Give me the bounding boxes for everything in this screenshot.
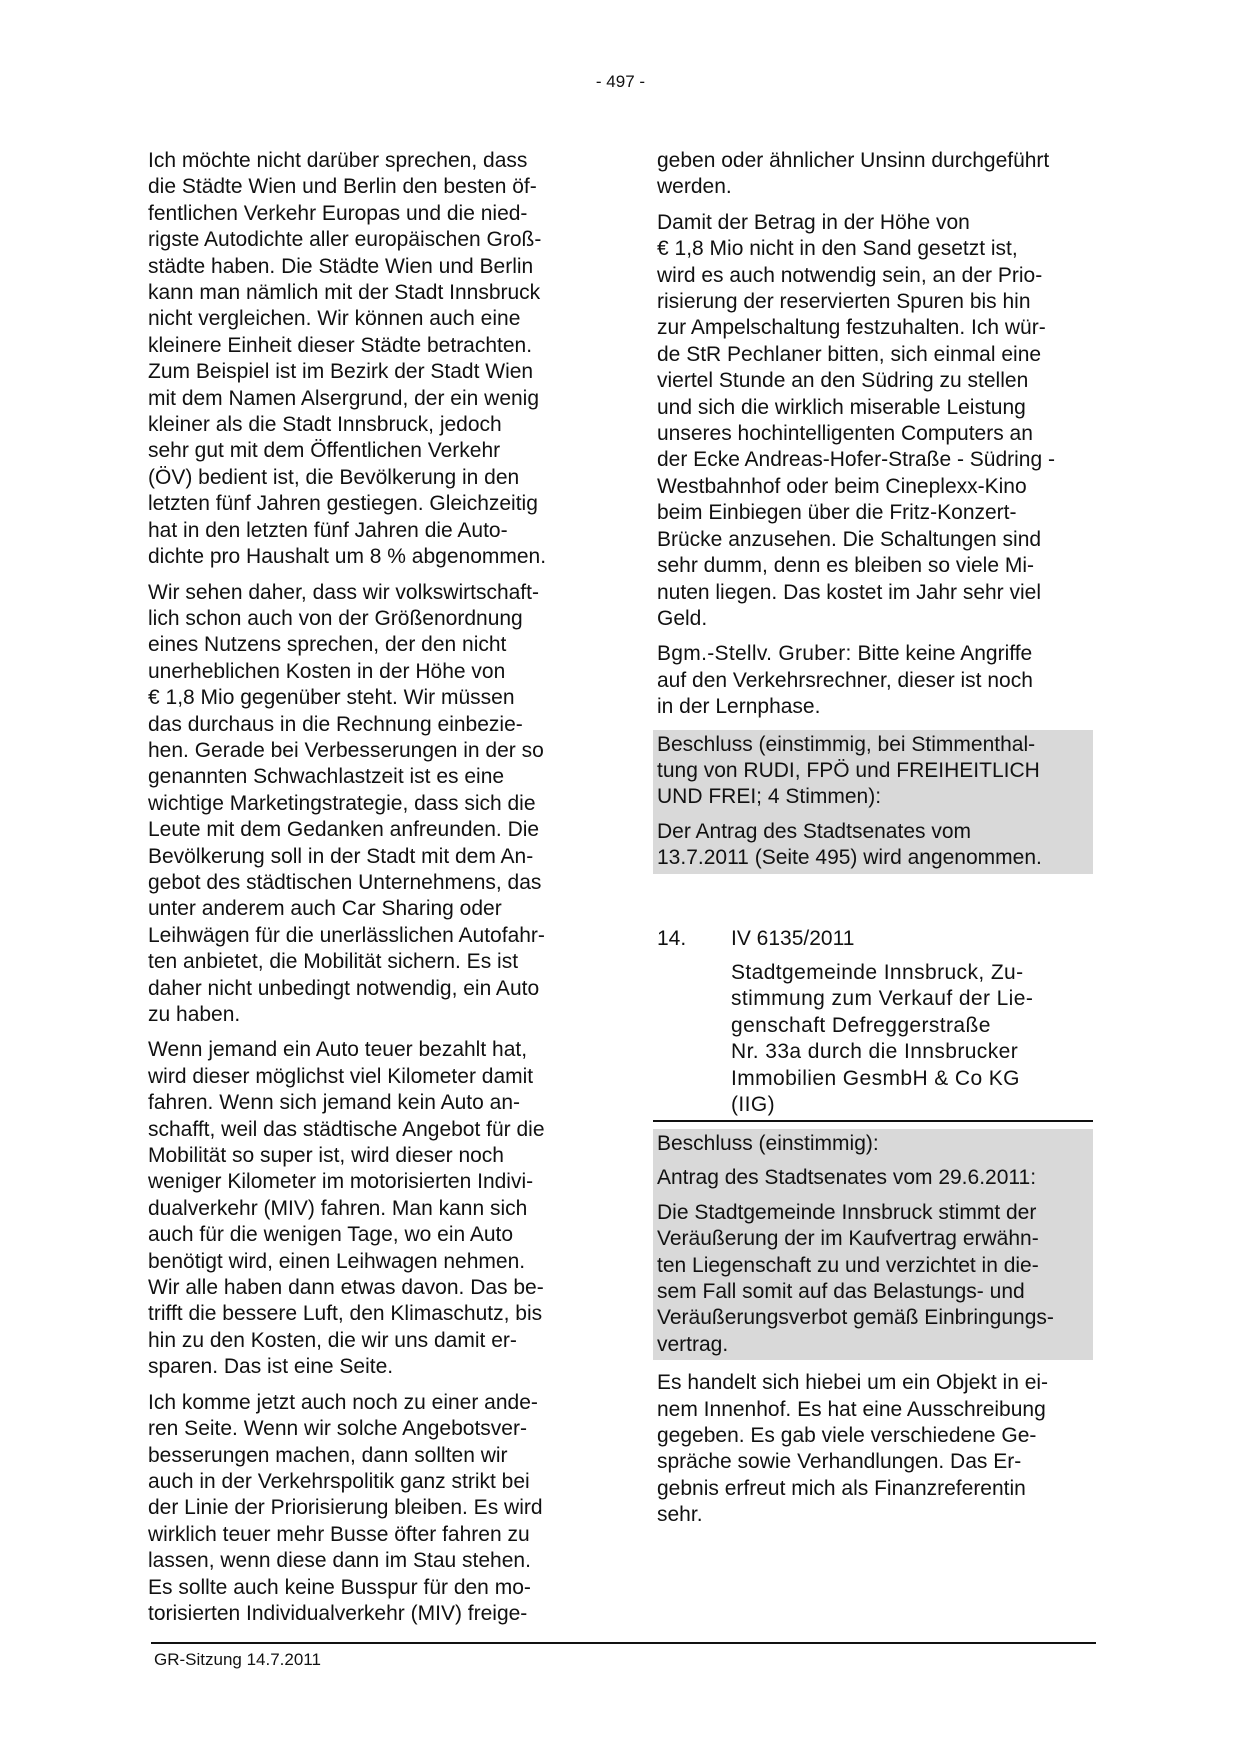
text-line: städte haben. Die Städte Wien und Berlin	[148, 254, 588, 280]
text-line: Mobilität so super ist, wird dieser noch	[148, 1143, 588, 1169]
text-line: Bevölkerung soll in der Stadt mit dem An…	[148, 844, 588, 870]
text-line: vertrag.	[657, 1332, 1093, 1358]
text-line: kleiner als die Stadt Innsbruck, jedoch	[148, 412, 588, 438]
text-line: Wir sehen daher, dass wir volkswirtschaf…	[148, 580, 588, 606]
text-line: ten anbietet, die Mobilität sichern. Es …	[148, 949, 588, 975]
text-line: sem Fall somit auf das Belastungs- und	[657, 1279, 1093, 1305]
text-line: mit dem Namen Alsergrund, der ein wenig	[148, 386, 588, 412]
text-line: beim Einbiegen über die Fritz-Konzert-	[657, 500, 1097, 526]
text-line: genschaft Defreggerstraße	[731, 1013, 1097, 1039]
paragraph: Es handelt sich hiebei um ein Objekt in …	[657, 1370, 1097, 1528]
text-line: nicht vergleichen. Wir können auch eine	[148, 306, 588, 332]
resolution-vote: Beschluss (einstimmig, bei Stimmenthal-t…	[657, 732, 1093, 811]
text-line: Die Stadtgemeinde Innsbruck stimmt der	[657, 1200, 1093, 1226]
text-line: Veräußerungsverbot gemäß Einbringungs-	[657, 1305, 1093, 1331]
text-line: fentlichen Verkehr Europas und die nied-	[148, 201, 588, 227]
text-line: sparen. Das ist eine Seite.	[148, 1354, 588, 1380]
text-line: ten Liegenschaft zu und verzichtet in di…	[657, 1253, 1093, 1279]
text-line: besserungen machen, dann sollten wir	[148, 1443, 588, 1469]
text-line: Wir alle haben dann etwas davon. Das be-	[148, 1275, 588, 1301]
resolution-text: Der Antrag des Stadtsenates vom13.7.2011…	[657, 819, 1093, 872]
text-line: rigste Autodichte aller europäischen Gro…	[148, 227, 588, 253]
text-line: nuten liegen. Das kostet im Jahr sehr vi…	[657, 580, 1097, 606]
text-line: sehr.	[657, 1502, 1097, 1528]
text-line: gegeben. Es gab viele verschiedene Ge-	[657, 1423, 1097, 1449]
text-line: tung von RUDI, FPÖ und FREIHEITLICH	[657, 758, 1093, 784]
text-line: zu haben.	[148, 1002, 588, 1028]
text-line: unerheblichen Kosten in der Höhe von	[148, 659, 588, 685]
text-line: € 1,8 Mio gegenüber steht. Wir müssen	[148, 685, 588, 711]
text-line: werden.	[657, 174, 1097, 200]
text-line: Antrag des Stadtsenates vom 29.6.2011:	[657, 1165, 1093, 1191]
text-line: torisierten Individualverkehr (MIV) frei…	[148, 1601, 588, 1627]
text-line: der Linie der Priorisierung bleiben. Es …	[148, 1495, 588, 1521]
text-line: de StR Pechlaner bitten, sich einmal ein…	[657, 342, 1097, 368]
text-line: auch für die wenigen Tage, wo ein Auto	[148, 1222, 588, 1248]
agenda-number: 14.	[657, 926, 731, 952]
text-line: ren Seite. Wenn wir solche Angebotsver-	[148, 1416, 588, 1442]
text-line: sehr gut mit dem Öffentlichen Verkehr	[148, 438, 588, 464]
resolution-box: Beschluss (einstimmig): Antrag des Stadt…	[653, 1129, 1093, 1360]
speaker-name: Bgm.-Stellv. Gruber:	[657, 642, 852, 665]
resolution-vote: Beschluss (einstimmig):	[657, 1131, 1093, 1157]
text-line: letzten fünf Jahren gestiegen. Gleichzei…	[148, 491, 588, 517]
text-line: geben oder ähnlicher Unsinn durchgeführt	[657, 148, 1097, 174]
resolution-text: Die Stadtgemeinde Innsbruck stimmt derVe…	[657, 1200, 1093, 1358]
text-line: kann man nämlich mit der Stadt Innsbruck	[148, 280, 588, 306]
text-line: hen. Gerade bei Verbesserungen in der so	[148, 738, 588, 764]
right-column: geben oder ähnlicher Unsinn durchgeführt…	[657, 148, 1097, 1538]
paragraph: Wenn jemand ein Auto teuer bezahlt hat,w…	[148, 1037, 588, 1380]
text-line: Wenn jemand ein Auto teuer bezahlt hat,	[148, 1037, 588, 1063]
text-line: genannten Schwachlastzeit ist es eine	[148, 764, 588, 790]
speaker-text: in der Lernphase.	[657, 694, 1097, 720]
paragraph: geben oder ähnlicher Unsinn durchgeführt…	[657, 148, 1097, 201]
text-line: lassen, wenn diese dann im Stau stehen.	[148, 1548, 588, 1574]
text-line: kleinere Einheit dieser Städte betrachte…	[148, 333, 588, 359]
text-line: hin zu den Kosten, die wir uns damit er-	[148, 1328, 588, 1354]
text-line: benötigt wird, einen Leihwagen nehmen.	[148, 1249, 588, 1275]
text-line: Es handelt sich hiebei um ein Objekt in …	[657, 1370, 1097, 1396]
text-line: unseres hochintelligenten Computers an	[657, 421, 1097, 447]
resolution-motion: Antrag des Stadtsenates vom 29.6.2011:	[657, 1165, 1093, 1191]
page-number: - 497 -	[0, 72, 1241, 92]
left-column: Ich möchte nicht darüber sprechen, dassd…	[148, 148, 588, 1636]
paragraph: Wir sehen daher, dass wir volkswirtschaf…	[148, 580, 588, 1029]
text-line: Brücke anzusehen. Die Schaltungen sind	[657, 527, 1097, 553]
text-line: weniger Kilometer im motorisierten Indiv…	[148, 1169, 588, 1195]
text-line: nem Innenhof. Es hat eine Ausschreibung	[657, 1397, 1097, 1423]
text-line: der Ecke Andreas-Hofer-Straße - Südring …	[657, 447, 1097, 473]
agenda-item: 14. IV 6135/2011 Stadtgemeinde Innsbruck…	[657, 926, 1097, 1119]
text-line: Der Antrag des Stadtsenates vom	[657, 819, 1093, 845]
text-line: zur Ampelschaltung festzuhalten. Ich wür…	[657, 315, 1097, 341]
text-line: und sich die wirklich miserable Leistung	[657, 395, 1097, 421]
resolution-box: Beschluss (einstimmig, bei Stimmenthal-t…	[653, 730, 1093, 874]
text-line: gebot des städtischen Unternehmens, das	[148, 870, 588, 896]
text-line: dualverkehr (MIV) fahren. Man kann sich	[148, 1196, 588, 1222]
text-line: Immobilien GesmbH & Co KG	[731, 1066, 1097, 1092]
text-line: Westbahnhof oder beim Cineplexx-Kino	[657, 474, 1097, 500]
paragraph: Ich komme jetzt auch noch zu einer ande-…	[148, 1390, 588, 1628]
text-line: Beschluss (einstimmig):	[657, 1131, 1093, 1157]
text-line: UND FREI; 4 Stimmen):	[657, 784, 1093, 810]
text-line: fahren. Wenn sich jemand kein Auto an-	[148, 1090, 588, 1116]
text-line: sehr dumm, denn es bleiben so viele Mi-	[657, 553, 1097, 579]
paragraph: Ich möchte nicht darüber sprechen, dassd…	[148, 148, 588, 571]
text-line: hat in den letzten fünf Jahren die Auto-	[148, 518, 588, 544]
text-line: Leihwägen für die unerlässlichen Autofah…	[148, 923, 588, 949]
text-line: Damit der Betrag in der Höhe von	[657, 210, 1097, 236]
speaker-paragraph: Bgm.-Stellv. Gruber: Bitte keine Angriff…	[657, 641, 1097, 720]
divider	[653, 1120, 1093, 1122]
speaker-text: Bitte keine Angriffe	[852, 642, 1033, 665]
text-line: 13.7.2011 (Seite 495) wird angenommen.	[657, 845, 1093, 871]
agenda-title: Stadtgemeinde Innsbruck, Zu-stimmung zum…	[731, 960, 1097, 1118]
paragraph: Damit der Betrag in der Höhe von€ 1,8 Mi…	[657, 210, 1097, 633]
text-line: Beschluss (einstimmig, bei Stimmenthal-	[657, 732, 1093, 758]
text-line: Veräußerung der im Kaufvertrag erwähn-	[657, 1226, 1093, 1252]
text-line: gebnis erfreut mich als Finanzreferentin	[657, 1476, 1097, 1502]
text-line: (ÖV) bedient ist, die Bevölkerung in den	[148, 465, 588, 491]
text-line: stimmung zum Verkauf der Lie-	[731, 986, 1097, 1012]
text-line: das durchaus in die Rechnung einbezie-	[148, 712, 588, 738]
text-line: lich schon auch von der Größenordnung	[148, 606, 588, 632]
text-line: Es sollte auch keine Busspur für den mo-	[148, 1575, 588, 1601]
footer-text: GR-Sitzung 14.7.2011	[154, 1650, 321, 1670]
text-line: trifft die bessere Luft, den Klimaschutz…	[148, 1301, 588, 1327]
text-line: Geld.	[657, 606, 1097, 632]
text-line: risierung der reservierten Spuren bis hi…	[657, 289, 1097, 315]
text-line: schafft, weil das städtische Angebot für…	[148, 1117, 588, 1143]
text-line: Stadtgemeinde Innsbruck, Zu-	[731, 960, 1097, 986]
text-line: daher nicht unbedingt notwendig, ein Aut…	[148, 976, 588, 1002]
text-line: wirklich teuer mehr Busse öfter fahren z…	[148, 1522, 588, 1548]
text-line: Zum Beispiel ist im Bezirk der Stadt Wie…	[148, 359, 588, 385]
speaker-text: auf den Verkehrsrechner, dieser ist noch	[657, 668, 1097, 694]
text-line: Ich komme jetzt auch noch zu einer ande-	[148, 1390, 588, 1416]
text-line: die Städte Wien und Berlin den besten öf…	[148, 174, 588, 200]
footer-divider	[151, 1642, 1096, 1644]
text-line: unter anderem auch Car Sharing oder	[148, 896, 588, 922]
text-line: wird es auch notwendig sein, an der Prio…	[657, 263, 1097, 289]
text-line: € 1,8 Mio nicht in den Sand gesetzt ist,	[657, 236, 1097, 262]
text-line: wird dieser möglichst viel Kilometer dam…	[148, 1064, 588, 1090]
text-line: eines Nutzens sprechen, der den nicht	[148, 632, 588, 658]
agenda-reference: IV 6135/2011	[731, 926, 854, 952]
text-line: spräche sowie Verhandlungen. Das Er-	[657, 1449, 1097, 1475]
text-line: viertel Stunde an den Südring zu stellen	[657, 368, 1097, 394]
text-line: auch in der Verkehrspolitik ganz strikt …	[148, 1469, 588, 1495]
text-line: Ich möchte nicht darüber sprechen, dass	[148, 148, 588, 174]
text-line: Nr. 33a durch die Innsbrucker	[731, 1039, 1097, 1065]
text-line: Leute mit dem Gedanken anfreunden. Die	[148, 817, 588, 843]
text-line: dichte pro Haushalt um 8 % abgenommen.	[148, 544, 588, 570]
agenda-heading: 14. IV 6135/2011	[657, 926, 1097, 952]
text-line: (IIG)	[731, 1092, 1097, 1118]
text-line: wichtige Marketingstrategie, dass sich d…	[148, 791, 588, 817]
